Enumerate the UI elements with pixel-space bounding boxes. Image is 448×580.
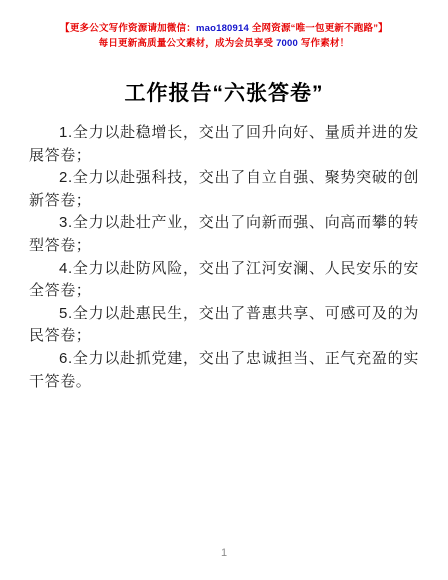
page-number: 1 bbox=[0, 547, 448, 559]
document-page: 【更多公文写作资源请加微信：mao180914 全网资源“唯一包更新不跑路”】 … bbox=[0, 0, 448, 580]
promo-line1-prefix: 【更多公文写作资源请加微信： bbox=[60, 23, 196, 34]
list-item: 2.全力以赴强科技，交出了自立自强、聚势突破的创新答卷； bbox=[29, 167, 419, 212]
promo-notice-line-2: 每日更新高质量公文素材，成为会员享受 7000 写作素材！ bbox=[0, 36, 448, 51]
promo-line2-suffix: 写作素材！ bbox=[298, 38, 349, 49]
list-item: 1.全力以赴稳增长，交出了回升向好、量质并进的发展答卷； bbox=[29, 122, 419, 167]
report-list: 1.全力以赴稳增长，交出了回升向好、量质并进的发展答卷； 2.全力以赴强科技，交… bbox=[29, 122, 419, 393]
promo-line1-suffix: 全网资源“唯一包更新不跑路”】 bbox=[249, 23, 388, 34]
list-item: 5.全力以赴惠民生，交出了普惠共享、可感可及的为民答卷； bbox=[29, 303, 419, 348]
promo-notice: 【更多公文写作资源请加微信：mao180914 全网资源“唯一包更新不跑路”】 … bbox=[0, 0, 448, 51]
list-item: 4.全力以赴防风险，交出了江河安澜、人民安乐的安全答卷； bbox=[29, 258, 419, 303]
member-material-count: 7000 bbox=[276, 38, 298, 49]
promo-notice-line-1: 【更多公文写作资源请加微信：mao180914 全网资源“唯一包更新不跑路”】 bbox=[0, 21, 448, 36]
promo-line2-prefix: 每日更新高质量公文素材，成为会员享受 bbox=[99, 38, 276, 49]
page-title: 工作报告“六张答卷” bbox=[0, 77, 448, 107]
wechat-id: mao180914 bbox=[196, 23, 249, 34]
list-item: 6.全力以赴抓党建，交出了忠诚担当、正气充盈的实干答卷。 bbox=[29, 348, 419, 393]
list-item: 3.全力以赴壮产业，交出了向新而强、向高而攀的转型答卷； bbox=[29, 212, 419, 257]
